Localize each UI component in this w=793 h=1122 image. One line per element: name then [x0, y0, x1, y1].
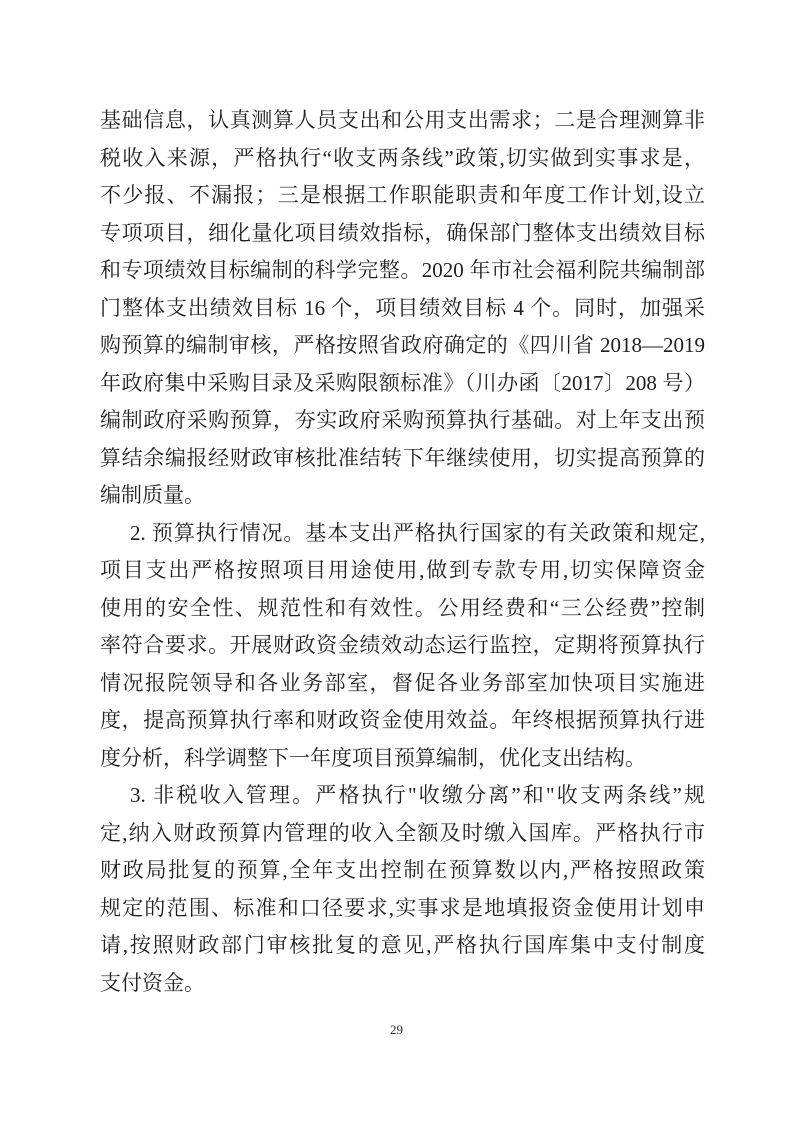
text-line-p3-3: 财政局批复的预算,全年支出控制在预算数以内,严格按照政策	[100, 852, 705, 890]
text-line-p1-2: 税收入来源，严格执行“收支两条线”政策,切实做到实事求是，	[100, 140, 705, 178]
text-line-p1-4: 专项项目，细化量化项目绩效指标，确保部门整体支出绩效目标	[100, 215, 705, 253]
text-line-p3-2: 定,纳入财政预算内管理的收入全额及时缴入国库。严格执行市	[100, 815, 705, 853]
text-line-p3-5: 请,按照财政部门审核批复的意见,严格执行国库集中支付制度	[100, 927, 705, 965]
document-page: 基础信息，认真测算人员支出和公用支出需求；二是合理测算非税收入来源，严格执行“收…	[0, 0, 793, 1122]
text-line-p1-3: 不少报、不漏报；三是根据工作职能职责和年度工作计划,设立	[100, 177, 705, 215]
text-line-p1-11: 编制质量。	[100, 477, 705, 515]
text-line-p1-7: 购预算的编制审核，严格按照省政府确定的《四川省 2018—2019	[100, 327, 705, 365]
text-line-p2-1: 2. 预算执行情况。基本支出严格执行国家的有关政策和规定,	[100, 515, 705, 553]
text-line-p2-6: 度，提高预算执行率和财政资金使用效益。年终根据预算执行进	[100, 702, 705, 740]
document-body: 基础信息，认真测算人员支出和公用支出需求；二是合理测算非税收入来源，严格执行“收…	[100, 102, 705, 1002]
text-line-p1-10: 算结余编报经财政审核批准结转下年继续使用，切实提高预算的	[100, 440, 705, 478]
text-line-p1-5: 和专项绩效目标编制的科学完整。2020 年市社会福利院共编制部	[100, 252, 705, 290]
text-line-p3-4: 规定的范围、标准和口径要求,实事求是地填报资金使用计划申	[100, 890, 705, 928]
text-line-p2-4: 率符合要求。开展财政资金绩效动态运行监控，定期将预算执行	[100, 627, 705, 665]
text-line-p1-8: 年政府集中采购目录及采购限额标准》（川办函〔2017〕208 号）	[100, 365, 705, 403]
text-line-p2-7: 度分析，科学调整下一年度项目预算编制，优化支出结构。	[100, 740, 705, 778]
page-number: 29	[0, 1022, 793, 1038]
text-line-p2-3: 使用的安全性、规范性和有效性。公用经费和“三公经费”控制	[100, 590, 705, 628]
text-line-p1-6: 门整体支出绩效目标 16 个，项目绩效目标 4 个。同时，加强采	[100, 290, 705, 328]
text-line-p1-1: 基础信息，认真测算人员支出和公用支出需求；二是合理测算非	[100, 102, 705, 140]
text-line-p3-6: 支付资金。	[100, 965, 705, 1003]
text-line-p1-9: 编制政府采购预算，夯实政府采购预算执行基础。对上年支出预	[100, 402, 705, 440]
text-line-p2-2: 项目支出严格按照项目用途使用,做到专款专用,切实保障资金	[100, 552, 705, 590]
text-line-p3-1: 3. 非税收入管理。严格执行"收缴分离”和"收支两条线”规	[100, 777, 705, 815]
text-line-p2-5: 情况报院领导和各业务部室，督促各业务部室加快项目实施进	[100, 665, 705, 703]
